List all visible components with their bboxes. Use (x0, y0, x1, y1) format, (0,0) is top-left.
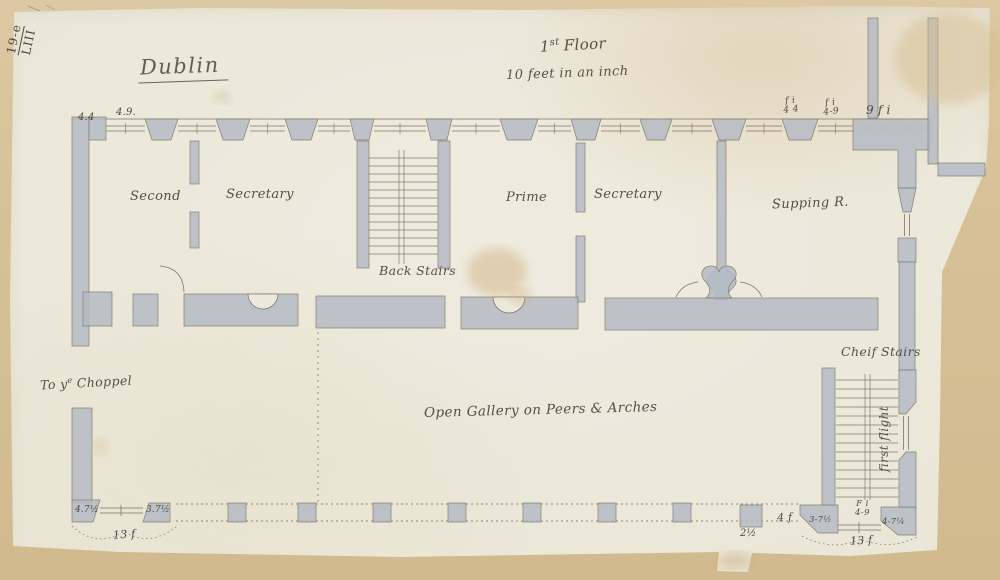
dim-bottom-mid-pier: 2½ (740, 528, 756, 539)
chapel-pre: To y (40, 376, 68, 392)
walls (72, 18, 985, 535)
dotted-lines (72, 128, 933, 545)
chief-stairs-label: Cheif Stairs (841, 344, 921, 359)
dim-top-right-b: f i 4-9 (822, 98, 839, 118)
floor-plan-drawing (0, 0, 1000, 580)
dim-top-left-pier: 4.4 (78, 112, 95, 123)
room-label-supping: Supping R. (772, 195, 849, 213)
dim-bottom-left-pier: 4.7½ (75, 505, 99, 515)
back-stairs-treads (369, 150, 438, 264)
dim-top-right-c: 9 f i (866, 103, 891, 117)
dim-stairs-pier-left: 3-7½ (809, 515, 832, 525)
floor-ordinal: st (550, 37, 560, 48)
dim-top-first-window: 4.9. (116, 107, 136, 118)
catalog-number: 19-e LIII (4, 23, 39, 59)
room-label-secretary-1: Secretary (226, 187, 294, 202)
room-label-prime: Prime (506, 190, 547, 205)
chapel-word: Choppel (76, 373, 132, 391)
dim-value: 4 4 (783, 105, 799, 116)
dim-stairs-pier-right: 4-7¼ (882, 517, 905, 527)
dim-top-right-a: f i 4 4 (782, 96, 799, 116)
dim-bottom-mid-span: 4 f (777, 511, 793, 525)
back-stairs-label: Back Stairs (379, 263, 456, 278)
scanned-floor-plan: 19-e LIII Dublin 1stFloor 10 feet in an … (0, 0, 1000, 580)
dim-bottom-left-span: 13 f (113, 527, 136, 542)
dim-value: 4-9 (855, 509, 870, 518)
dim-value: 4-9 (823, 107, 840, 118)
chapel-sup: e (67, 375, 73, 385)
dim-bottom-left-pier2: 3.7½ (146, 505, 170, 515)
floor-word: Floor (563, 34, 606, 54)
title-place: Dublin (138, 52, 229, 83)
first-flight-label: first flight (877, 406, 891, 472)
room-label-second: Second (130, 189, 181, 204)
room-label-secretary-2: Secretary (594, 187, 662, 202)
paper-stains (92, 12, 1000, 568)
title-floor: 1stFloor (540, 34, 607, 55)
dim-stairs-window: F i 4-9 (855, 500, 870, 518)
dim-bottom-right-span: 13 f (850, 533, 873, 547)
